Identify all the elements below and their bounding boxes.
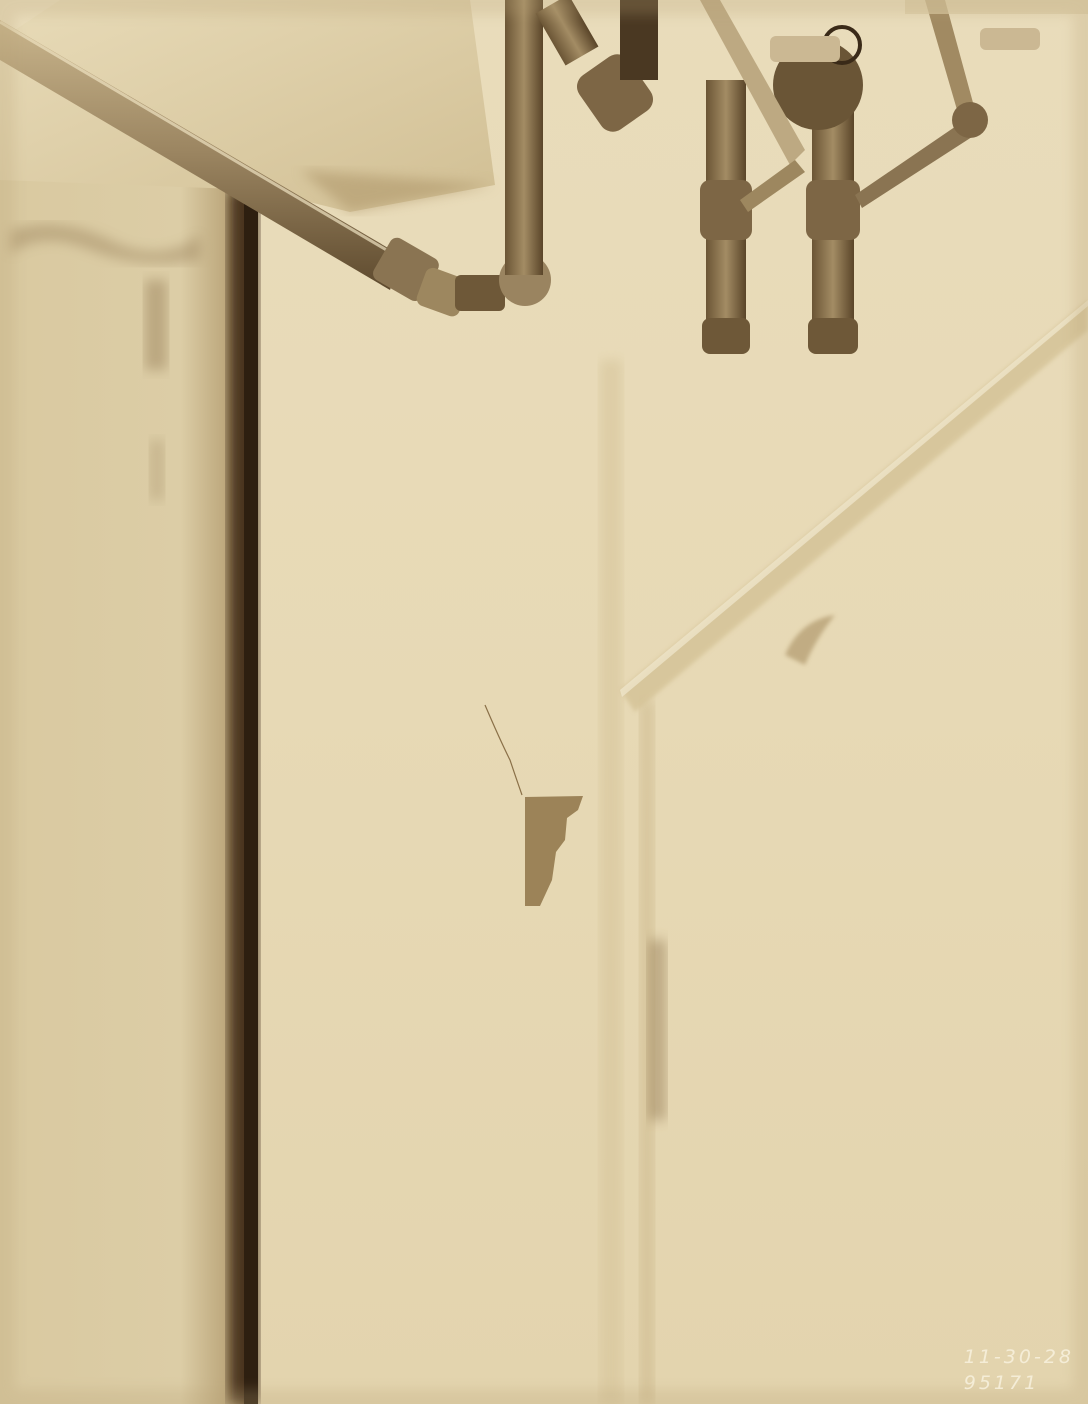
photo-caption: 11-30-28 95171 xyxy=(964,1344,1074,1396)
wall-and-pipes-scene xyxy=(0,0,1088,1404)
photo-date: 11-30-28 xyxy=(964,1344,1074,1370)
negative-number: 95171 xyxy=(964,1370,1074,1396)
sepia-photograph: 11-30-28 95171 xyxy=(0,0,1088,1404)
